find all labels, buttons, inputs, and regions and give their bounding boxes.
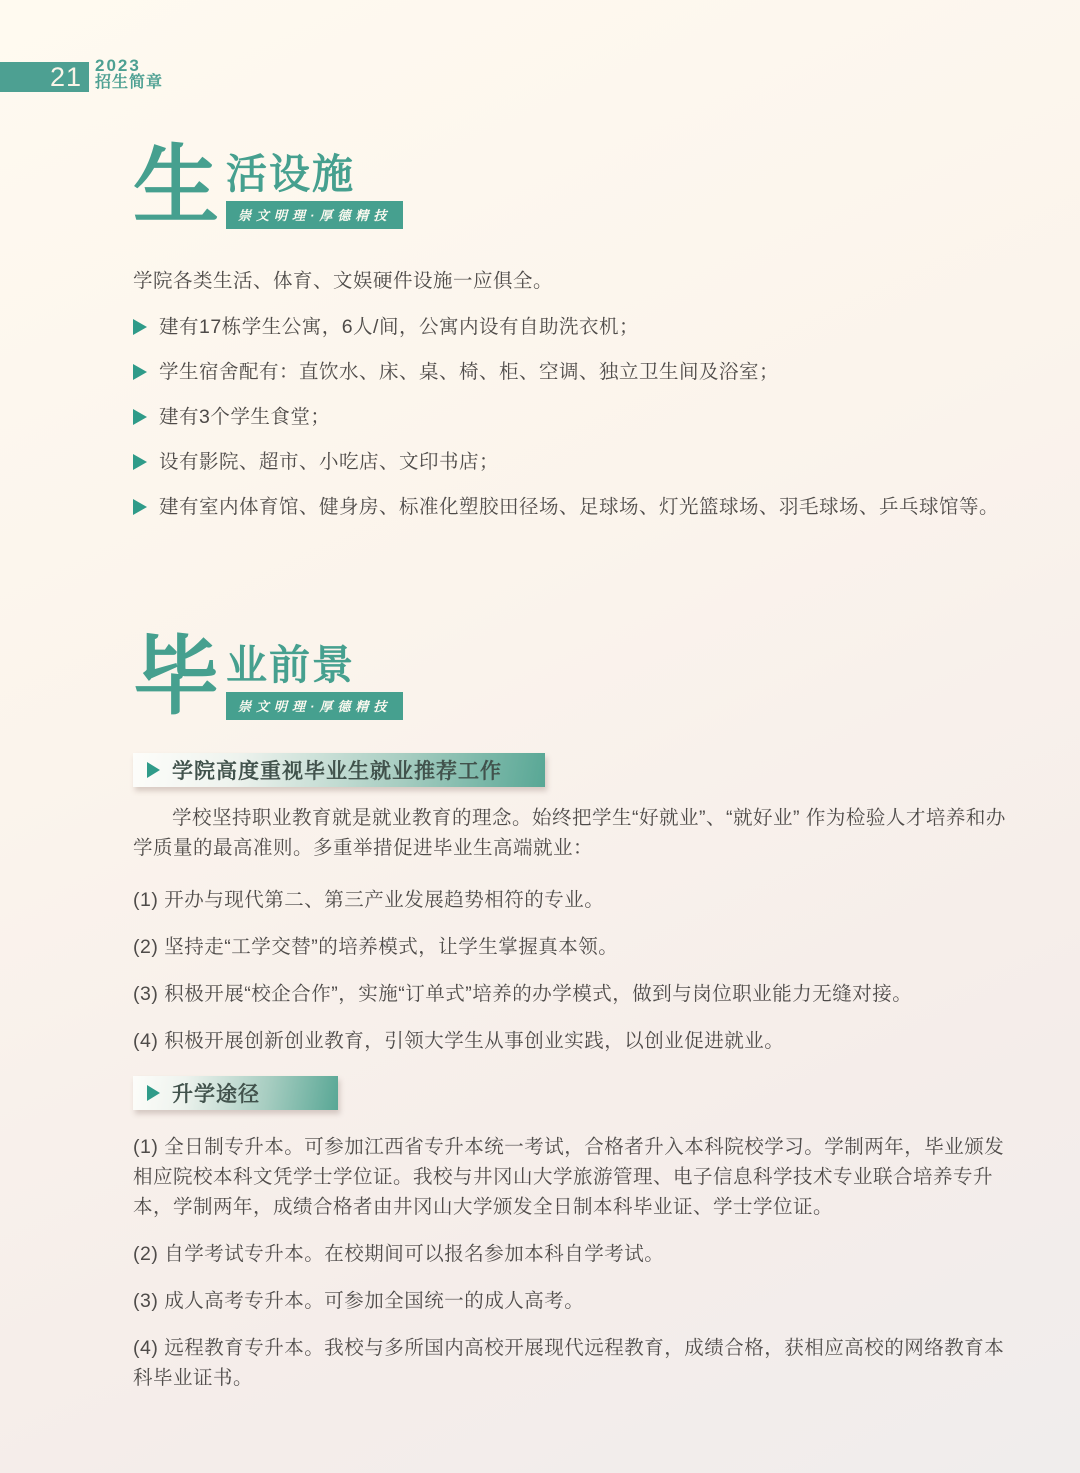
- employment-point: (2) 坚持走“工学交替”的培养模式，让学生掌握真本领。: [133, 932, 1016, 962]
- employment-banner-label: 学院高度重视毕业生就业推荐工作: [172, 755, 502, 785]
- triangle-bullet-icon: [133, 364, 147, 380]
- triangle-bullet-icon: [133, 409, 147, 425]
- school-motto-badge: 崇文明理·厚德精技: [226, 201, 403, 229]
- upgrade-point: (1) 全日制专升本。可参加江西省专升本统一考试，合格者升入本科院校学习。学制两…: [133, 1132, 1016, 1222]
- facilities-title-column: 活设施 崇文明理·厚德精技: [226, 146, 403, 229]
- facilities-title: 活设施: [226, 154, 403, 195]
- upgrade-point: (4) 远程教育专升本。我校与多所国内高校开展现代远程教育，成绩合格，获相应高校…: [133, 1333, 1016, 1393]
- triangle-banner-icon: [147, 1085, 160, 1101]
- section-header-prospects: 毕 业前景 崇文明理·厚德精技: [133, 637, 1016, 720]
- school-motto-badge: 崇文明理·厚德精技: [226, 692, 403, 720]
- facilities-bullet-item: 学生宿舍配有：直饮水、床、桌、椅、柜、空调、独立卫生间及浴室；: [133, 358, 1016, 386]
- facilities-bullet-text: 建有室内体育馆、健身房、标准化塑胶田径场、足球场、灯光篮球场、羽毛球场、乒乓球馆…: [159, 493, 999, 521]
- facilities-bullet-item: 建有17栋学生公寓，6人/间，公寓内设有自助洗衣机；: [133, 313, 1016, 341]
- employment-intro: 学校坚持职业教育就是就业教育的理念。始终把学生“好就业”、“就好业” 作为检验人…: [133, 803, 1016, 863]
- facilities-bullet-text: 建有3个学生食堂；: [159, 403, 330, 431]
- employment-banner: 学院高度重视毕业生就业推荐工作: [133, 753, 545, 787]
- upgrade-point: (3) 成人高考专升本。可参加全国统一的成人高考。: [133, 1286, 1016, 1316]
- prospects-title: 业前景: [226, 645, 403, 686]
- triangle-bullet-icon: [133, 454, 147, 470]
- facilities-bullet-text: 学生宿舍配有：直饮水、床、桌、椅、柜、空调、独立卫生间及浴室；: [159, 358, 779, 386]
- facilities-big-character: 生: [133, 146, 219, 225]
- upgrade-banner-label: 升学途径: [172, 1078, 260, 1108]
- facilities-bullet-text: 设有影院、超市、小吃店、文印书店；: [159, 448, 499, 476]
- upgrade-point: (2) 自学考试专升本。在校期间可以报名参加本科自学考试。: [133, 1239, 1016, 1269]
- facilities-bullet-item: 设有影院、超市、小吃店、文印书店；: [133, 448, 1016, 476]
- upgrade-banner: 升学途径: [133, 1076, 338, 1110]
- brochure-page: { "theme": { "accent_teal": "#46a08f", "…: [0, 0, 1080, 1473]
- employment-point: (1) 开办与现代第二、第三产业发展趋势相符的专业。: [133, 885, 1016, 915]
- prospects-big-character: 毕: [133, 637, 219, 716]
- facilities-bullet-item: 建有室内体育馆、健身房、标准化塑胶田径场、足球场、灯光篮球场、羽毛球场、乒乓球馆…: [133, 493, 1016, 521]
- employment-point: (4) 积极开展创新创业教育，引领大学生从事创业实践，以创业促进就业。: [133, 1026, 1016, 1056]
- triangle-bullet-icon: [133, 319, 147, 335]
- page-content: 生 活设施 崇文明理·厚德精技 学院各类生活、体育、文娱硬件设施一应俱全。 建有…: [0, 0, 1080, 1393]
- triangle-bullet-icon: [133, 499, 147, 515]
- facilities-bullet-item: 建有3个学生食堂；: [133, 403, 1016, 431]
- triangle-banner-icon: [147, 762, 160, 778]
- prospects-title-column: 业前景 崇文明理·厚德精技: [226, 637, 403, 720]
- employment-point: (3) 积极开展“校企合作”，实施“订单式”培养的办学模式，做到与岗位职业能力无…: [133, 979, 1016, 1009]
- facilities-bullet-text: 建有17栋学生公寓，6人/间，公寓内设有自助洗衣机；: [159, 313, 639, 341]
- section-header-facilities: 生 活设施 崇文明理·厚德精技: [133, 146, 1016, 229]
- facilities-intro: 学院各类生活、体育、文娱硬件设施一应俱全。: [133, 267, 1016, 296]
